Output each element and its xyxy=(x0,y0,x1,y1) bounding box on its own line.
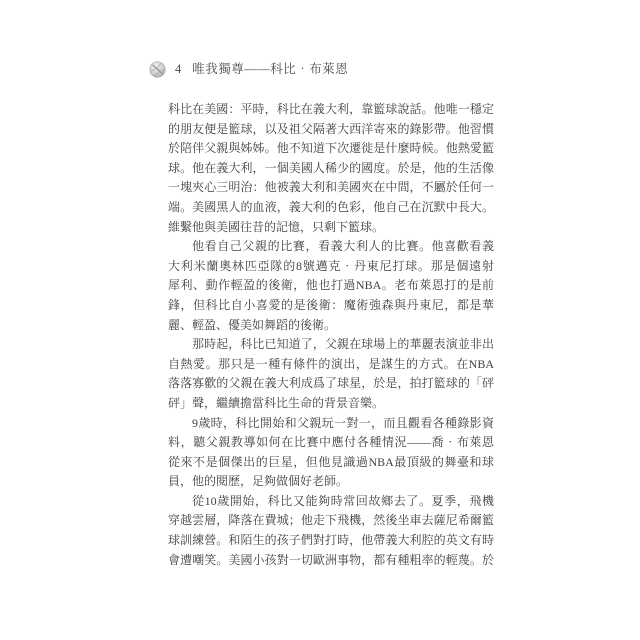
text-line: 自熱愛。那只是一種有條件的演出，是謀生的方式。在NBA xyxy=(168,355,494,375)
text-line: 他看自己父親的比賽，看義大利人的比賽。他喜歡看義 xyxy=(168,237,494,257)
text-line: 穿越雲層，降落在費城；他走下飛機，然後坐車去薩尼希爾籃 xyxy=(168,511,494,531)
text-line: 球訓練營。和陌生的孩子們對打時，他帶義大利腔的英文有時 xyxy=(168,531,494,551)
text-line: 科比在美國：平時，科比在義大利，靠籃球說話。他唯一穩定 xyxy=(168,100,494,120)
paragraph: 那時起，科比已知道了，父親在球場上的華麗表演並非出自熱愛。那只是一種有條件的演出… xyxy=(168,335,494,413)
text-line: 端。美國黑人的血液，義大利的色彩，他自己在沉默中長大。 xyxy=(168,198,494,218)
book-page: 4 唯我獨尊——科比‧布萊恩 科比在美國：平時，科比在義大利，靠籃球說話。他唯一… xyxy=(0,0,640,640)
text-line: 麗、輕盈、優美如舞蹈的後衛。 xyxy=(168,316,494,336)
text-line: 球。他在義大利，一個美國人稀少的國度。於是，他的生活像 xyxy=(168,159,494,179)
text-line: 鋒，但科比自小喜愛的是後衛：魔術強森與丹東尼，都是華 xyxy=(168,296,494,316)
text-line: 一塊夾心三明治：他被義大利和美國夾在中間，不屬於任何一 xyxy=(168,178,494,198)
chapter-title: 唯我獨尊——科比‧布萊恩 xyxy=(192,61,348,78)
body-text-block: 科比在美國：平時，科比在義大利，靠籃球說話。他唯一穩定的朋友便是籃球，以及祖父隔… xyxy=(168,100,494,570)
text-line: 砰」聲，繼續擔當科比生命的背景音樂。 xyxy=(168,394,494,414)
basketball-icon xyxy=(149,61,166,78)
paragraph: 他看自己父親的比賽，看義大利人的比賽。他喜歡看義大利米蘭奧林匹亞隊的8號邁克‧丹… xyxy=(168,237,494,335)
text-line: 那時起，科比已知道了，父親在球場上的華麗表演並非出 xyxy=(168,335,494,355)
text-line: 從10歲開始，科比又能夠時常回故鄉去了。夏季，飛機 xyxy=(168,492,494,512)
text-line: 從來不是個傑出的巨星，但他見識過NBA最頂級的舞臺和球 xyxy=(168,453,494,473)
text-line: 會遭嘲笑。美國小孩對一切歐洲事物，都有種粗率的輕蔑。於 xyxy=(168,551,494,571)
text-line: 落落寡歡的父親在義大利成爲了球星，於是，拍打籃球的「砰 xyxy=(168,374,494,394)
paragraph: 從10歲開始，科比又能夠時常回故鄉去了。夏季，飛機穿越雲層，降落在費城；他走下飛… xyxy=(168,492,494,570)
running-header: 4 唯我獨尊——科比‧布萊恩 xyxy=(149,61,348,78)
text-line: 料，聽父親教導如何在比賽中應付各種情況——喬‧布萊恩 xyxy=(168,433,494,453)
text-line: 犀利、動作輕盈的後衛，他也打過NBA。老布萊恩打的是前 xyxy=(168,276,494,296)
text-line: 9歲時，科比開始和父親玩一對一，而且觀看各種錄影資 xyxy=(168,414,494,434)
text-line: 大利米蘭奧林匹亞隊的8號邁克‧丹東尼打球。那是個遠射 xyxy=(168,257,494,277)
paragraph: 9歲時，科比開始和父親玩一對一，而且觀看各種錄影資料，聽父親教導如何在比賽中應付… xyxy=(168,414,494,492)
text-line: 於陪伴父親與姊姊。他不知道下次遷徙是什麼時候。他熱愛籃 xyxy=(168,139,494,159)
paragraph: 科比在美國：平時，科比在義大利，靠籃球說話。他唯一穩定的朋友便是籃球，以及祖父隔… xyxy=(168,100,494,237)
page-number: 4 xyxy=(175,61,181,78)
text-line: 維繫他與美國往昔的記憶，只剩下籃球。 xyxy=(168,218,494,238)
text-line: 的朋友便是籃球，以及祖父隔著大西洋寄來的錄影帶。他習慣 xyxy=(168,120,494,140)
text-line: 員，他的閱歷，足夠做個好老師。 xyxy=(168,472,494,492)
